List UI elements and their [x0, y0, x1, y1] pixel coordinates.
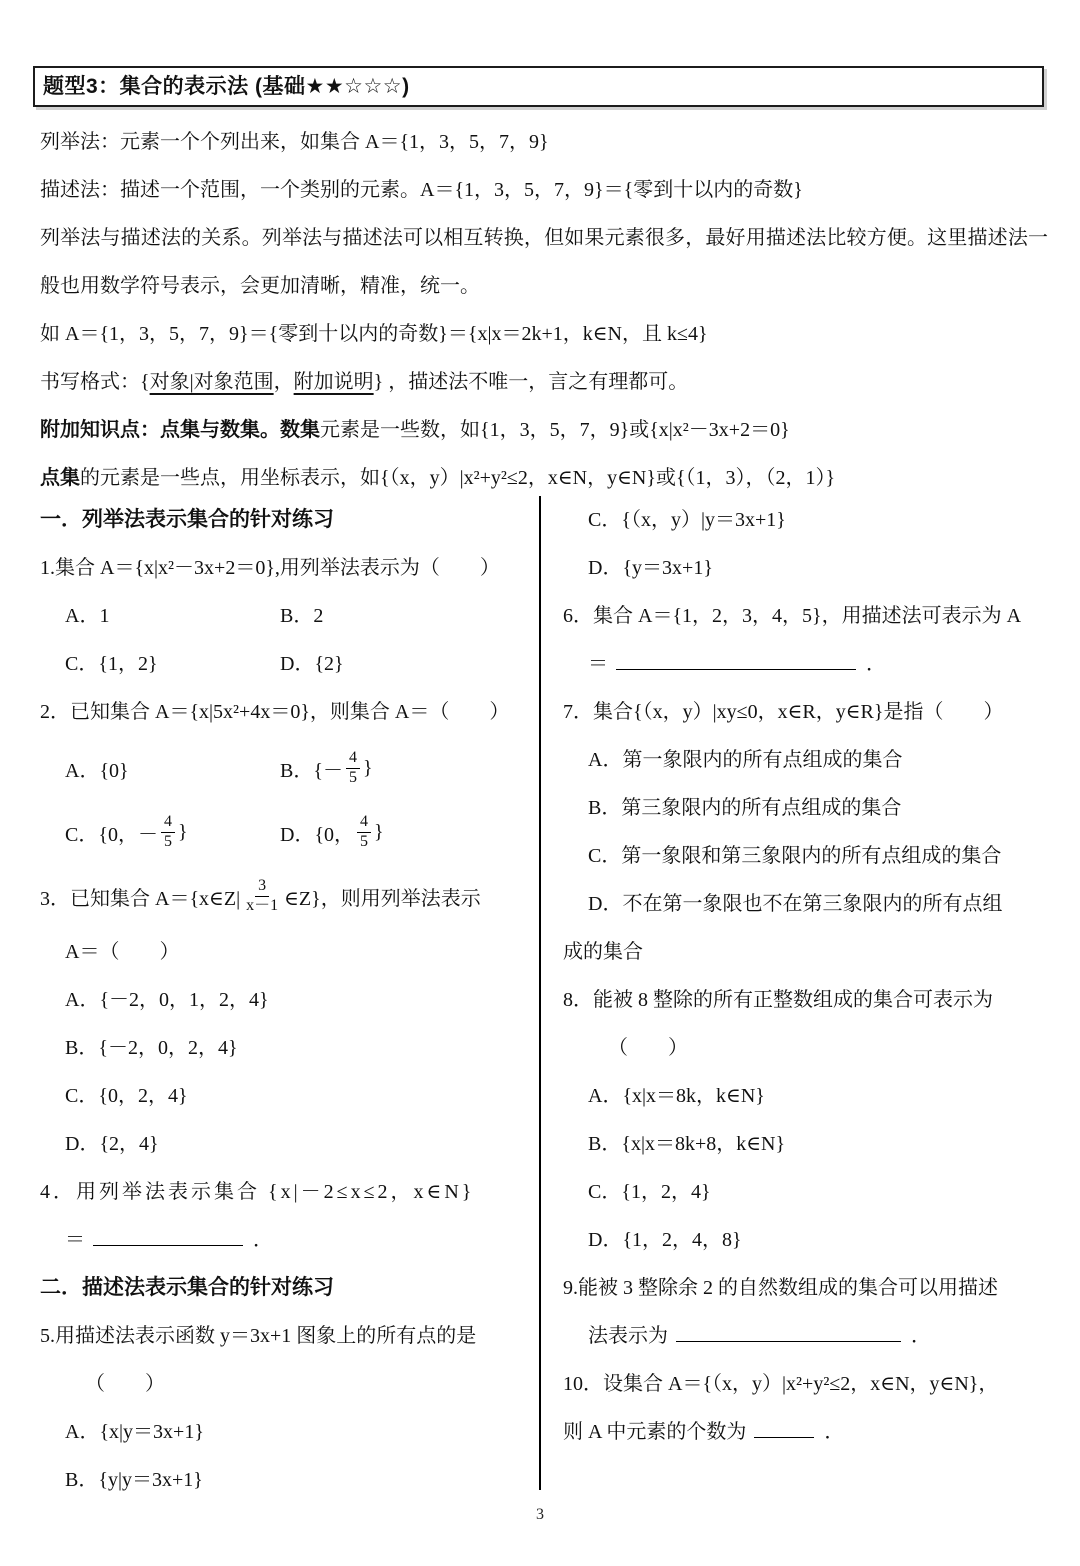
option-d-suffix: }: [374, 821, 384, 844]
answer-blank-q4: [93, 1223, 243, 1246]
knowledge-point-lead: 附加知识点：点集与数集。数集: [40, 419, 320, 441]
question-2-option-d: D．{0，45}: [280, 813, 384, 851]
answer-blank-q9: [676, 1319, 901, 1342]
question-8-option-c: C．{1，2，4}: [563, 1168, 1072, 1216]
question-7-option-a: A．第一象限内的所有点组成的集合: [563, 736, 1072, 784]
question-9-answer-prefix: 法表示为: [588, 1325, 668, 1347]
fraction-denominator: 5: [346, 769, 360, 787]
intro-paragraph-1: 列举法：元素一个个列出来，如集合 A＝{1，3，5，7，9}: [40, 118, 1048, 166]
format-extra-note: 附加说明: [294, 371, 374, 393]
intro-paragraph-4: 如 A＝{1，3，5，7，9}＝{零到十以内的奇数}＝{x|x＝2k+1，k∈N…: [40, 310, 1048, 358]
question-1-options-cd: C．{1，2} D．{2}: [40, 640, 535, 688]
fraction-four-fifths: 45: [346, 749, 360, 787]
section-2-heading: 二．描述法表示集合的针对练习: [40, 1264, 535, 1312]
intro-section: 列举法：元素一个个列出来，如集合 A＝{1，3，5，7，9} 描述法：描述一个范…: [40, 118, 1048, 502]
worksheet-title: 题型3：集合的表示法 (基础★★☆☆☆): [35, 68, 1042, 105]
question-4-stem: 4．用列举法表示集合 {x|－2≤x≤2，x∈N}: [40, 1168, 535, 1216]
question-10-stem: 10．设集合 A＝{（x，y）|x²+y²≤2，x∈N，y∈N}，: [563, 1360, 1072, 1408]
question-8-stem: 8．能被 8 整除的所有正整数组成的集合可表示为: [563, 976, 1072, 1024]
fraction-four-fifths: 45: [161, 813, 175, 851]
point-set-lead: 点集: [40, 467, 80, 489]
question-6-stem: 6．集合 A＝{1，2，3，4，5}，用描述法可表示为 A: [563, 592, 1072, 640]
period: ．: [911, 1325, 931, 1347]
equals-sign: ＝: [65, 1229, 85, 1251]
question-9-stem: 9.能被 3 整除余 2 的自然数组成的集合可以用描述: [563, 1264, 1072, 1312]
fraction-numerator: 4: [346, 749, 360, 768]
question-8-answer-paren: （ ）: [563, 1024, 1072, 1072]
intro-paragraph-5: 书写格式：{对象|对象范围，附加说明} ，描述法不唯一，言之有理都可。: [40, 358, 1048, 406]
question-3-option-d: D．{2，4}: [40, 1120, 535, 1168]
question-1-option-a: A．1: [65, 592, 280, 640]
question-7-option-b: B．第三象限内的所有点组成的集合: [563, 784, 1072, 832]
question-2-options-ab: A．{0} B．{－45}: [40, 736, 535, 800]
option-c-suffix: }: [178, 821, 188, 844]
question-1-options-ab: A．1 B．2: [40, 592, 535, 640]
right-column: C．{（x，y）|y＝3x+1} D．{y＝3x+1} 6．集合 A＝{1，2，…: [541, 496, 1080, 1490]
question-5-option-c: C．{（x，y）|y＝3x+1}: [563, 496, 1072, 544]
page-number: 3: [0, 1506, 1080, 1524]
question-3-stem: 3．已知集合 A＝{x∈Z|3x－1∈Z}，则用列举法表示: [40, 864, 535, 928]
fraction-numerator: 3: [255, 877, 269, 896]
question-5-option-b: B．{y|y＝3x+1}: [40, 1456, 535, 1504]
question-3-stem-suffix: ∈Z}，则用列举法表示: [284, 882, 481, 911]
question-3-option-b: B．{－2，0，2，4}: [40, 1024, 535, 1072]
fraction-three-over-x-minus-1: 3x－1: [243, 877, 281, 915]
period: ．: [824, 1421, 844, 1443]
question-5-answer-paren: （ ）: [40, 1360, 535, 1408]
exercise-columns: 一．列举法表示集合的针对练习 1.集合 A＝{x|x²－3x+2＝0},用列举法…: [0, 496, 1080, 1490]
fraction-four-fifths: 45: [357, 813, 371, 851]
question-8-option-a: A．{x|x＝8k，k∈N}: [563, 1072, 1072, 1120]
question-1-stem: 1.集合 A＝{x|x²－3x+2＝0},用列举法表示为（ ）: [40, 544, 535, 592]
question-1-option-b: B．2: [280, 592, 323, 640]
equals-sign: ＝: [588, 653, 608, 675]
question-3-stem-prefix: 3．已知集合 A＝{x∈Z|: [40, 882, 240, 911]
question-7-option-c: C．第一象限和第三象限内的所有点组成的集合: [563, 832, 1072, 880]
intro-paragraph-6: 附加知识点：点集与数集。数集元素是一些数，如{1，3，5，7，9}或{x|x²－…: [40, 406, 1048, 454]
fraction-denominator: 5: [357, 833, 371, 851]
question-7-option-d: D．不在第一象限也不在第三象限内的所有点组: [563, 880, 1072, 928]
fraction-numerator: 4: [357, 813, 371, 832]
fraction-numerator: 4: [161, 813, 175, 832]
question-8-option-d: D．{1，2，4，8}: [563, 1216, 1072, 1264]
question-5-option-a: A．{x|y＝3x+1}: [40, 1408, 535, 1456]
period: ．: [253, 1229, 273, 1251]
fraction-denominator: x－1: [243, 897, 281, 915]
question-5-option-d: D．{y＝3x+1}: [563, 544, 1072, 592]
option-c-prefix: C．{0，－: [65, 818, 158, 847]
title-box: 题型3：集合的表示法 (基础★★☆☆☆): [33, 66, 1044, 107]
question-10-answer-line: 则 A 中元素的个数为．: [563, 1408, 1072, 1456]
left-column: 一．列举法表示集合的针对练习 1.集合 A＝{x|x²－3x+2＝0},用列举法…: [0, 496, 541, 1490]
worksheet-page: 题型3：集合的表示法 (基础★★☆☆☆) 列举法：元素一个个列出来，如集合 A＝…: [0, 0, 1080, 1566]
intro-paragraph-3: 列举法与描述法的关系。列举法与描述法可以相互转换，但如果元素很多，最好用描述法比…: [40, 214, 1048, 310]
question-1-option-d: D．{2}: [280, 640, 344, 688]
point-set-rest: 的元素是一些点，用坐标表示，如{（x，y）|x²+y²≤2，x∈N，y∈N}或{…: [80, 467, 835, 489]
format-tail: } ，描述法不唯一，言之有理都可。: [374, 371, 689, 393]
question-7-option-d-continued: 成的集合: [563, 928, 1072, 976]
period: ．: [866, 653, 886, 675]
question-3-option-c: C．{0，2，4}: [40, 1072, 535, 1120]
question-2-option-c: C．{0，－45}: [65, 813, 280, 851]
option-d-prefix: D．{0，: [280, 818, 354, 847]
format-separator: ，: [274, 371, 294, 393]
question-2-options-cd: C．{0，－45} D．{0，45}: [40, 800, 535, 864]
question-2-option-a: A．{0}: [65, 754, 280, 783]
question-2-stem: 2．已知集合 A＝{x|5x²+4x＝0}，则集合 A＝（ ）: [40, 688, 535, 736]
question-5-stem: 5.用描述法表示函数 y＝3x+1 图象上的所有点的是: [40, 1312, 535, 1360]
question-6-answer-line: ＝．: [563, 640, 1072, 688]
question-9-answer-line: 法表示为．: [563, 1312, 1072, 1360]
question-10-answer-prefix: 则 A 中元素的个数为: [563, 1421, 746, 1443]
section-1-heading: 一．列举法表示集合的针对练习: [40, 496, 535, 544]
intro-paragraph-7: 点集的元素是一些点，用坐标表示，如{（x，y）|x²+y²≤2，x∈N，y∈N}…: [40, 454, 1048, 502]
intro-paragraph-2: 描述法：描述一个范围，一个类别的元素。A＝{1，3，5，7，9}＝{零到十以内的…: [40, 166, 1048, 214]
question-3-option-a: A．{－2，0，1，2，4}: [40, 976, 535, 1024]
format-label: 书写格式：{: [40, 371, 150, 393]
question-4-answer-line: ＝．: [40, 1216, 535, 1264]
option-b-suffix: }: [363, 757, 373, 780]
option-b-prefix: B．{－: [280, 754, 343, 783]
answer-blank-q6: [616, 647, 856, 670]
question-1-option-c: C．{1，2}: [65, 640, 280, 688]
question-8-option-b: B．{x|x＝8k+8，k∈N}: [563, 1120, 1072, 1168]
question-7-stem: 7．集合{（x，y）|xy≤0，x∈R，y∈R}是指（ ）: [563, 688, 1072, 736]
knowledge-point-rest: 元素是一些数，如{1，3，5，7，9}或{x|x²－3x+2＝0}: [320, 419, 790, 441]
format-object-range: 对象|对象范围: [150, 371, 274, 393]
question-3-answer-paren: A＝（ ）: [40, 928, 535, 976]
question-2-option-b: B．{－45}: [280, 749, 373, 787]
fraction-denominator: 5: [161, 833, 175, 851]
answer-blank-q10: [754, 1415, 814, 1438]
